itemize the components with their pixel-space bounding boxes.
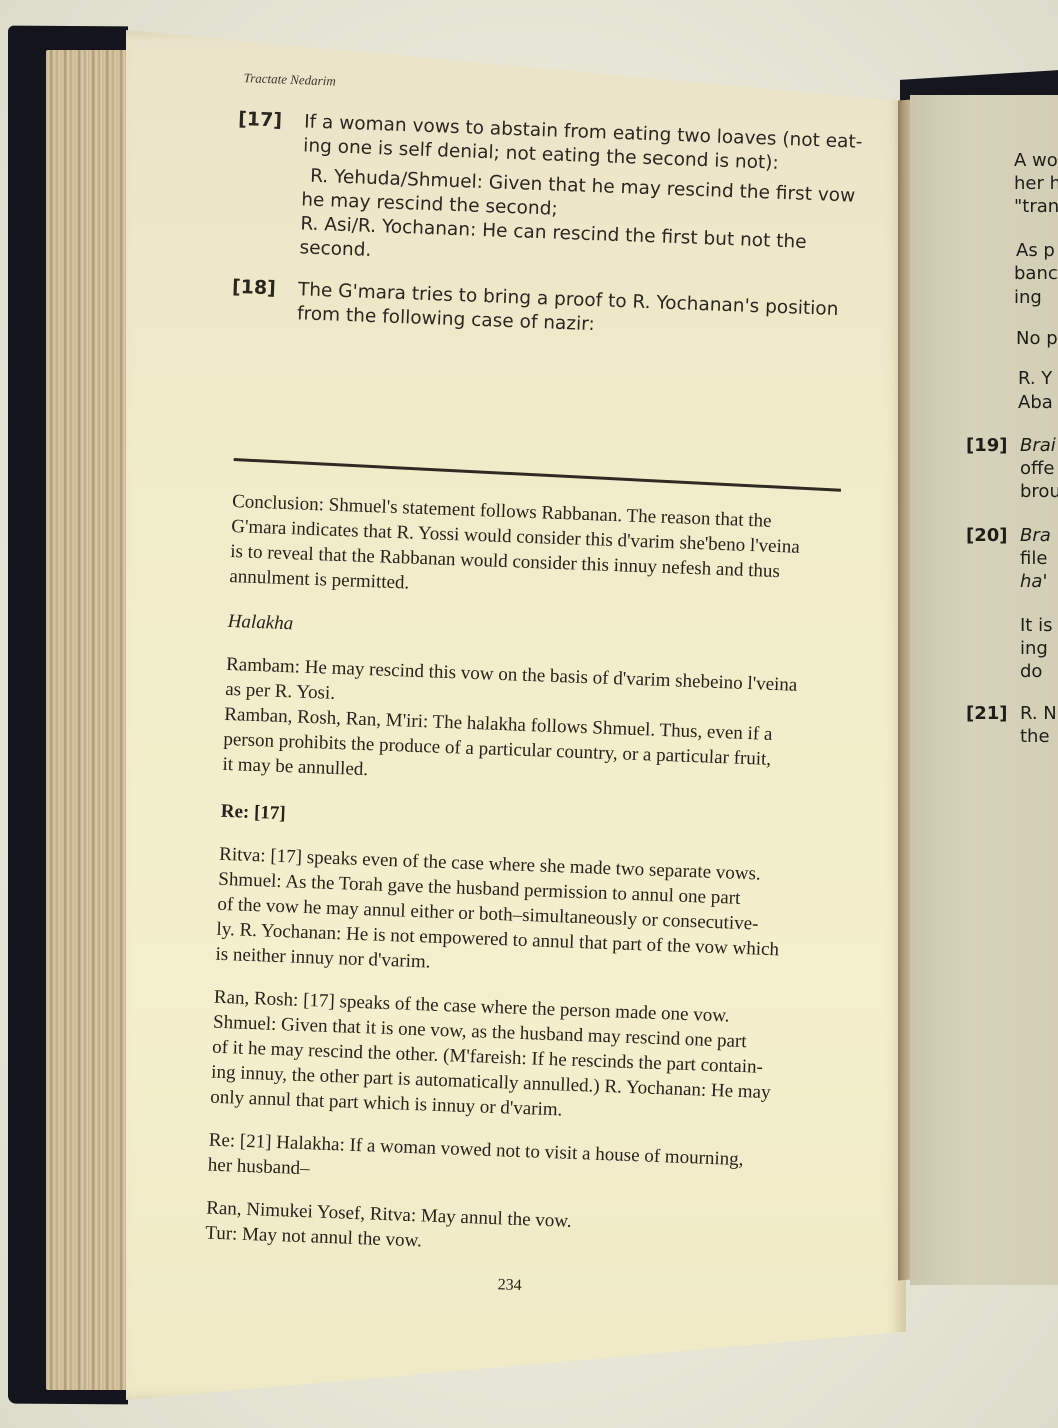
text-fragment: do	[1020, 661, 1042, 682]
section-divider	[234, 458, 841, 492]
text-fragment: banc	[1014, 263, 1058, 284]
text-fragment: file	[1020, 548, 1047, 569]
text-fragment: brou	[1020, 481, 1058, 502]
text-fragment: ha'	[1020, 571, 1047, 592]
text-fragment: "tran	[1014, 196, 1058, 217]
text-fragment: offe	[1020, 458, 1055, 479]
entry-18: [18] The G'mara tries to bring a proof t…	[231, 276, 872, 347]
photo-scene: A woher h"tranAs pbancingNo pR. YAba[19]…	[0, 0, 1058, 1428]
text-fragment: R. Y	[1018, 368, 1052, 389]
page-edges	[46, 50, 128, 1390]
text-fragment: the	[1020, 726, 1050, 747]
text-fragment: Bra	[1020, 525, 1051, 546]
text-fragment: ing	[1014, 287, 1042, 308]
text-fragment: R. N	[1020, 703, 1057, 724]
commentary-notes: Conclusion: Shmuel's statement follows R…	[203, 489, 844, 1309]
right-page-text: A woher h"tranAs pbancingNo pR. YAba[19]…	[910, 95, 1058, 1285]
entry-body: If a woman vows to abstain from eating t…	[299, 110, 863, 280]
entry-number: [20]	[966, 525, 1008, 546]
entry-17: [17] If a woman vows to abstain from eat…	[233, 108, 878, 281]
right-page: A woher h"tranAs pbancingNo pR. YAba[19]…	[910, 95, 1058, 1285]
text-fragment: Brai	[1020, 435, 1056, 456]
halakha-heading: Halakha	[227, 609, 840, 656]
entry-number: [19]	[966, 435, 1008, 456]
text-fragment: ing	[1020, 638, 1048, 659]
left-page-content: Tractate Nedarim [17] If a woman vows to…	[195, 70, 879, 1310]
text-fragment: A wo	[1014, 150, 1058, 171]
entry-number: [21]	[966, 703, 1008, 724]
text-fragment: As p	[1016, 240, 1055, 261]
book-gutter	[898, 100, 912, 1281]
re-17-heading: Re: [17]	[220, 799, 833, 846]
entry-body: The G'mara tries to bring a proof to R. …	[297, 278, 839, 346]
entry-number: [18]	[231, 276, 299, 326]
text-fragment: It is	[1020, 615, 1052, 636]
entry-number: [17]	[233, 108, 304, 260]
text-fragment: her h	[1014, 173, 1058, 194]
text-fragment: No p	[1016, 328, 1058, 349]
text-fragment: Aba	[1018, 392, 1053, 413]
